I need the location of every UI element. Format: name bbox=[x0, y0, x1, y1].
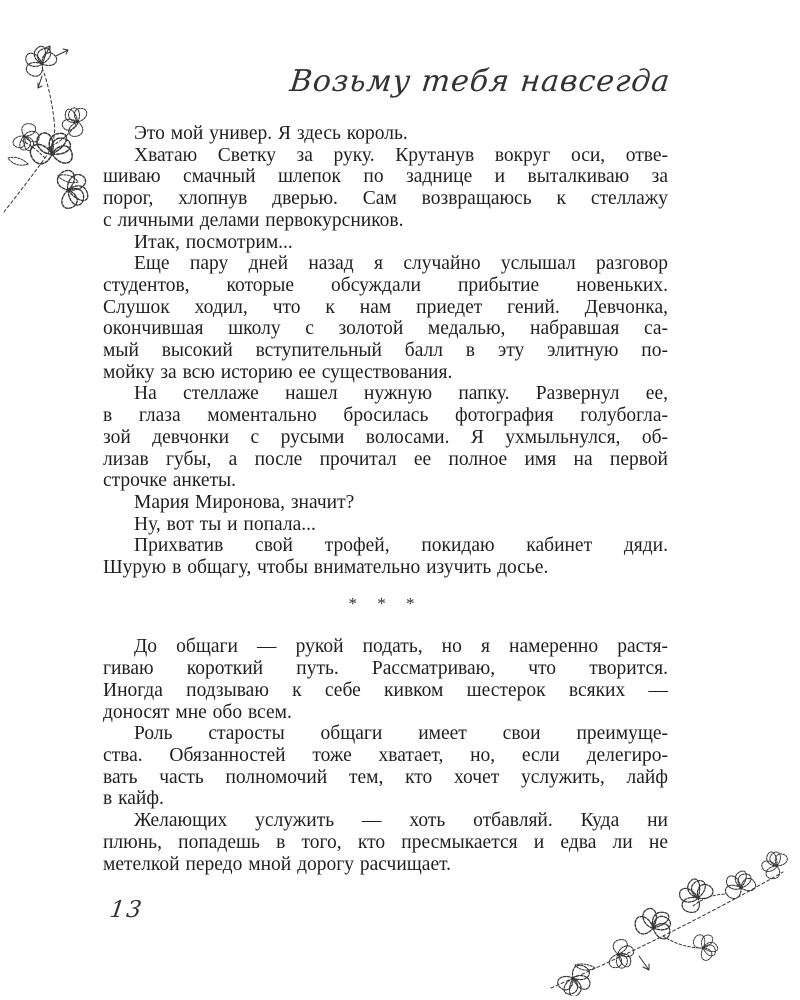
text-line: Иногда подзываю к себе кивком шестерок в… bbox=[103, 680, 668, 702]
text-line: Шурую в общагу, чтобы внимательно изучит… bbox=[103, 557, 668, 579]
running-header: Возьму тебя навсегда bbox=[288, 64, 672, 99]
text-line: лизав губы, а после прочитал ее полное и… bbox=[103, 449, 668, 471]
text-line: Прихватив свой трофей, покидаю кабинет д… bbox=[103, 535, 668, 557]
text-line: вать часть полномочий тем, кто хочет усл… bbox=[103, 767, 668, 789]
text-line: с личными делами первокурсников. bbox=[103, 210, 668, 232]
paragraph: Роль старосты общаги имеет свои преимуще… bbox=[103, 723, 668, 810]
page-text: Это мой универ. Я здесь король.Хватаю Св… bbox=[103, 123, 668, 875]
paragraph: Мария Миронова, значит? bbox=[103, 492, 668, 514]
text-line: в глаза моментально бросилась фотография… bbox=[103, 405, 668, 427]
text-line: До общаги — рукой подать, но я намеренно… bbox=[103, 636, 668, 658]
text-line: Желающих услужить — хоть отбавляй. Куда … bbox=[103, 810, 668, 832]
text-line: Хватаю Светку за руку. Крутанув вокруг о… bbox=[103, 145, 668, 167]
text-line: порог, хлопнув дверью. Сам возвращаюсь к… bbox=[103, 188, 668, 210]
section-separator: * * * bbox=[103, 593, 668, 615]
text-line: строчке анкеты. bbox=[103, 470, 668, 492]
text-line: в кайф. bbox=[103, 788, 668, 810]
text-line: шиваю смачный шлепок по заднице и выталк… bbox=[103, 166, 668, 188]
text-line: Роль старосты общаги имеет свои преимуще… bbox=[103, 723, 668, 745]
text-line: На стеллаже нашел нужную папку. Разверну… bbox=[103, 383, 668, 405]
page-number: 13 bbox=[108, 897, 145, 923]
text-line: мойку за всю историю ее существования. bbox=[103, 362, 668, 384]
paragraph: Это мой универ. Я здесь король. bbox=[103, 123, 668, 145]
text-line: ства. Обязанностей тоже хватает, но, есл… bbox=[103, 745, 668, 767]
text-line: мый высокий вступительный балл в эту эли… bbox=[103, 340, 668, 362]
paragraph: Хватаю Светку за руку. Крутанув вокруг о… bbox=[103, 145, 668, 232]
paragraph: Ну, вот ты и попала... bbox=[103, 514, 668, 536]
text-line: студентов, которые обсуждали прибытие но… bbox=[103, 275, 668, 297]
paragraph: На стеллаже нашел нужную папку. Разверну… bbox=[103, 383, 668, 492]
text-line: зой девчонки с русыми волосами. Я ухмыль… bbox=[103, 427, 668, 449]
paragraph: Итак, посмотрим... bbox=[103, 232, 668, 254]
paragraph: Еще пару дней назад я случайно услышал р… bbox=[103, 253, 668, 383]
floral-ornament-top-left-icon bbox=[0, 36, 116, 226]
paragraph: Прихватив свой трофей, покидаю кабинет д… bbox=[103, 535, 668, 578]
text-line: Еще пару дней назад я случайно услышал р… bbox=[103, 253, 668, 275]
text-line: Итак, посмотрим... bbox=[103, 232, 668, 254]
text-line: окончившая школу с золотой медалью, набр… bbox=[103, 318, 668, 340]
text-line: Слушок ходил, что к нам приедет гений. Д… bbox=[103, 297, 668, 319]
floral-ornament-bottom-right-icon bbox=[543, 834, 795, 996]
text-line: гиваю короткий путь. Рассматриваю, что т… bbox=[103, 658, 668, 680]
book-page: Возьму тебя навсегда Это мой универ. Я з… bbox=[0, 0, 800, 1000]
text-line: Ну, вот ты и попала... bbox=[103, 514, 668, 536]
text-line: Это мой универ. Я здесь король. bbox=[103, 123, 668, 145]
text-line: доносят мне обо всем. bbox=[103, 702, 668, 724]
text-line: Мария Миронова, значит? bbox=[103, 492, 668, 514]
paragraph: До общаги — рукой подать, но я намеренно… bbox=[103, 636, 668, 723]
